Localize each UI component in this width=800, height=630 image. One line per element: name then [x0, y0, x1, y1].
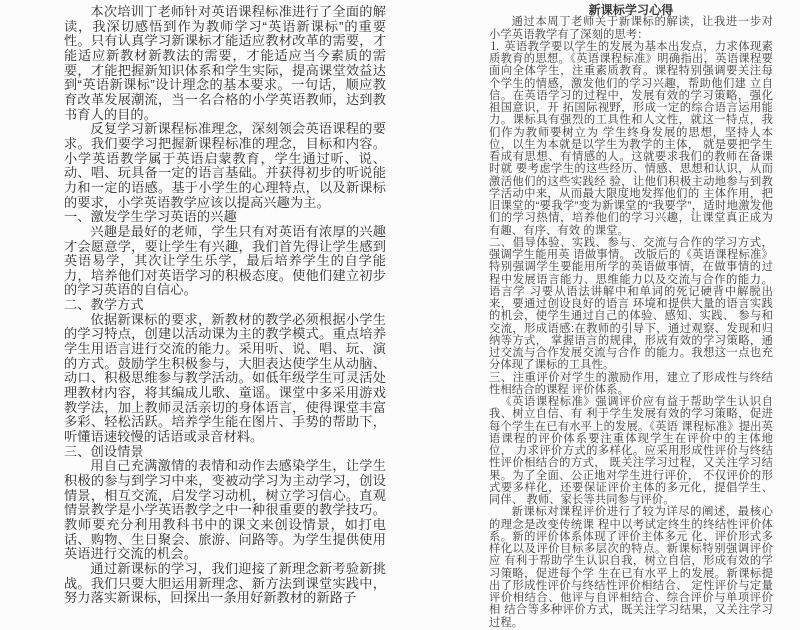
paragraph: 新课标对课程评价进行了较为详尽的阐述，最核心的理念是改变传统课 程中以考试定终生… — [489, 506, 773, 629]
paragraph: 反复学习新课程标准理念，深刻领会英语课程的要求。我们要学习把握新课程标准的理念，… — [64, 122, 386, 210]
paragraph: 通过新课标的学习，我们迎接了新理念新考验新挑战。我们只要大胆运用新理念、新方法到… — [64, 562, 386, 606]
right-column: 新课标学习心得 通过本周丁老师关于新课标的解读，让我进一步对小学英语教学有了深刻… — [489, 4, 773, 629]
section-heading: 一、激发学生学习英语的兴趣 — [64, 210, 386, 225]
paragraph: 用自己充满激情的表情和动作去感染学生，让学生积极的参与到学习中来，变被动学习为主… — [64, 459, 386, 562]
paragraph: 三、注重评价对学生的激励作用，建立了形成性与终结性相结合的课程 评价体系。 — [489, 372, 773, 397]
document-page: 本次培训丁老师针对英语课程标准进行了全面的解读，我深切感悟到作为教师学习“英语新… — [0, 0, 800, 630]
paragraph: 本次培训丁老师针对英语课程标准进行了全面的解读，我深切感悟到作为教师学习“英语新… — [64, 5, 386, 122]
paragraph: ⒈ 英语教学要以学生的发展为基本出发点，力求体现素质教育的思想。《英语课程标准》… — [489, 41, 773, 237]
left-column: 本次培训丁老师针对英语课程标准进行了全面的解读，我深切感悟到作为教师学习“英语新… — [64, 5, 386, 606]
section-heading: 二、教学方式 — [64, 298, 386, 313]
paragraph: 通过本周丁老师关于新课标的解读，让我进一步对小学英语教学有了深刻的思考： — [489, 16, 773, 41]
paragraph: 兴趣是最好的老师，学生只有对英语有浓厚的兴趣才会愿意学，要让学生有兴趣，我们首先… — [64, 225, 386, 298]
essay-title: 新课标学习心得 — [489, 4, 773, 16]
paragraph: 二、倡导体验、实践、参与、交流与合作的学习方式，强调学生能用英 语做事情。 改版… — [489, 237, 773, 372]
paragraph: 《英语课程标准》强调评价应有益于帮助学生认识自我、树立自信、有 利于学生发展有效… — [489, 396, 773, 506]
paragraph: 依据新课标的要求，新教材的教学必须根据小学生的学习特点，创建以活动课为主的教学模… — [64, 313, 386, 445]
